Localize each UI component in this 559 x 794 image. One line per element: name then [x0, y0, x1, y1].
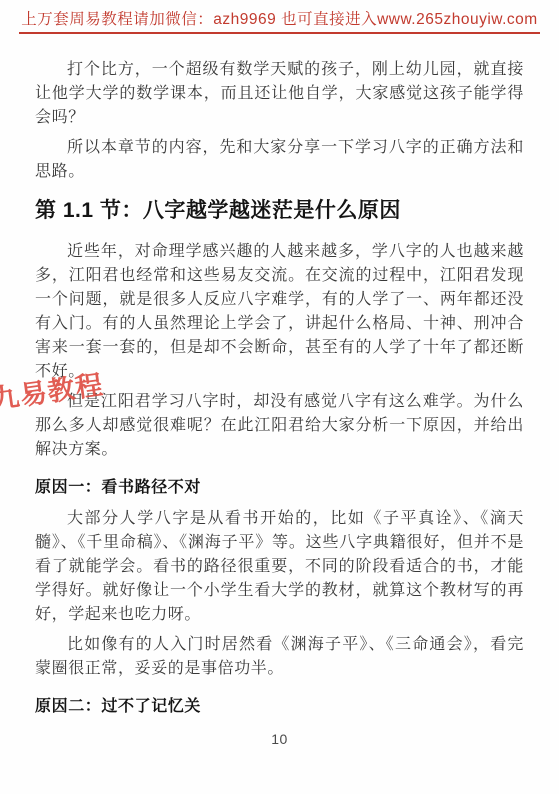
- paragraph-example-books: 比如像有的人入门时居然看《渊海子平》、《三命通会》，看完蒙圈很正常，妥妥的是事倍…: [35, 633, 524, 681]
- header-promo-text: 上万套周易教程请加微信：azh9969 也可直接进入www.265zhouyiw…: [19, 7, 539, 34]
- page-content: 打个比方，一个超级有数学天赋的孩子，刚上幼儿园，就直接让他学大学的数学课本，而且…: [35, 34, 524, 716]
- reason-2-heading: 原因二：过不了记忆关: [35, 693, 524, 716]
- paragraph-analogy: 打个比方，一个超级有数学天赋的孩子，刚上幼儿园，就直接让他学大学的数学课本，而且…: [35, 58, 524, 130]
- page-number: 10: [0, 731, 559, 747]
- paragraph-observation: 近些年，对命理学感兴趣的人越来越多，学八字的人也越来越多，江阳君也经常和这些易友…: [35, 240, 524, 384]
- document-page: 上万套周易教程请加微信：azh9969 也可直接进入www.265zhouyiw…: [0, 0, 559, 794]
- paragraph-reading-path: 大部分人学八字是从看书开始的，比如《子平真诠》、《滴天髓》、《千里命稿》、《渊海…: [35, 507, 524, 627]
- section-title: 第 1.1 节：八字越学越迷茫是什么原因: [35, 194, 524, 224]
- reason-1-heading: 原因一：看书路径不对: [35, 474, 524, 497]
- header-banner: 上万套周易教程请加微信：azh9969 也可直接进入www.265zhouyiw…: [0, 0, 559, 34]
- paragraph-why-hard: 但是江阳君学习八字时，却没有感觉八字有这么难学。为什么那么多人却感觉很难呢？在此…: [35, 390, 524, 462]
- paragraph-chapter-intro: 所以本章节的内容，先和大家分享一下学习八字的正确方法和思路。: [35, 136, 524, 184]
